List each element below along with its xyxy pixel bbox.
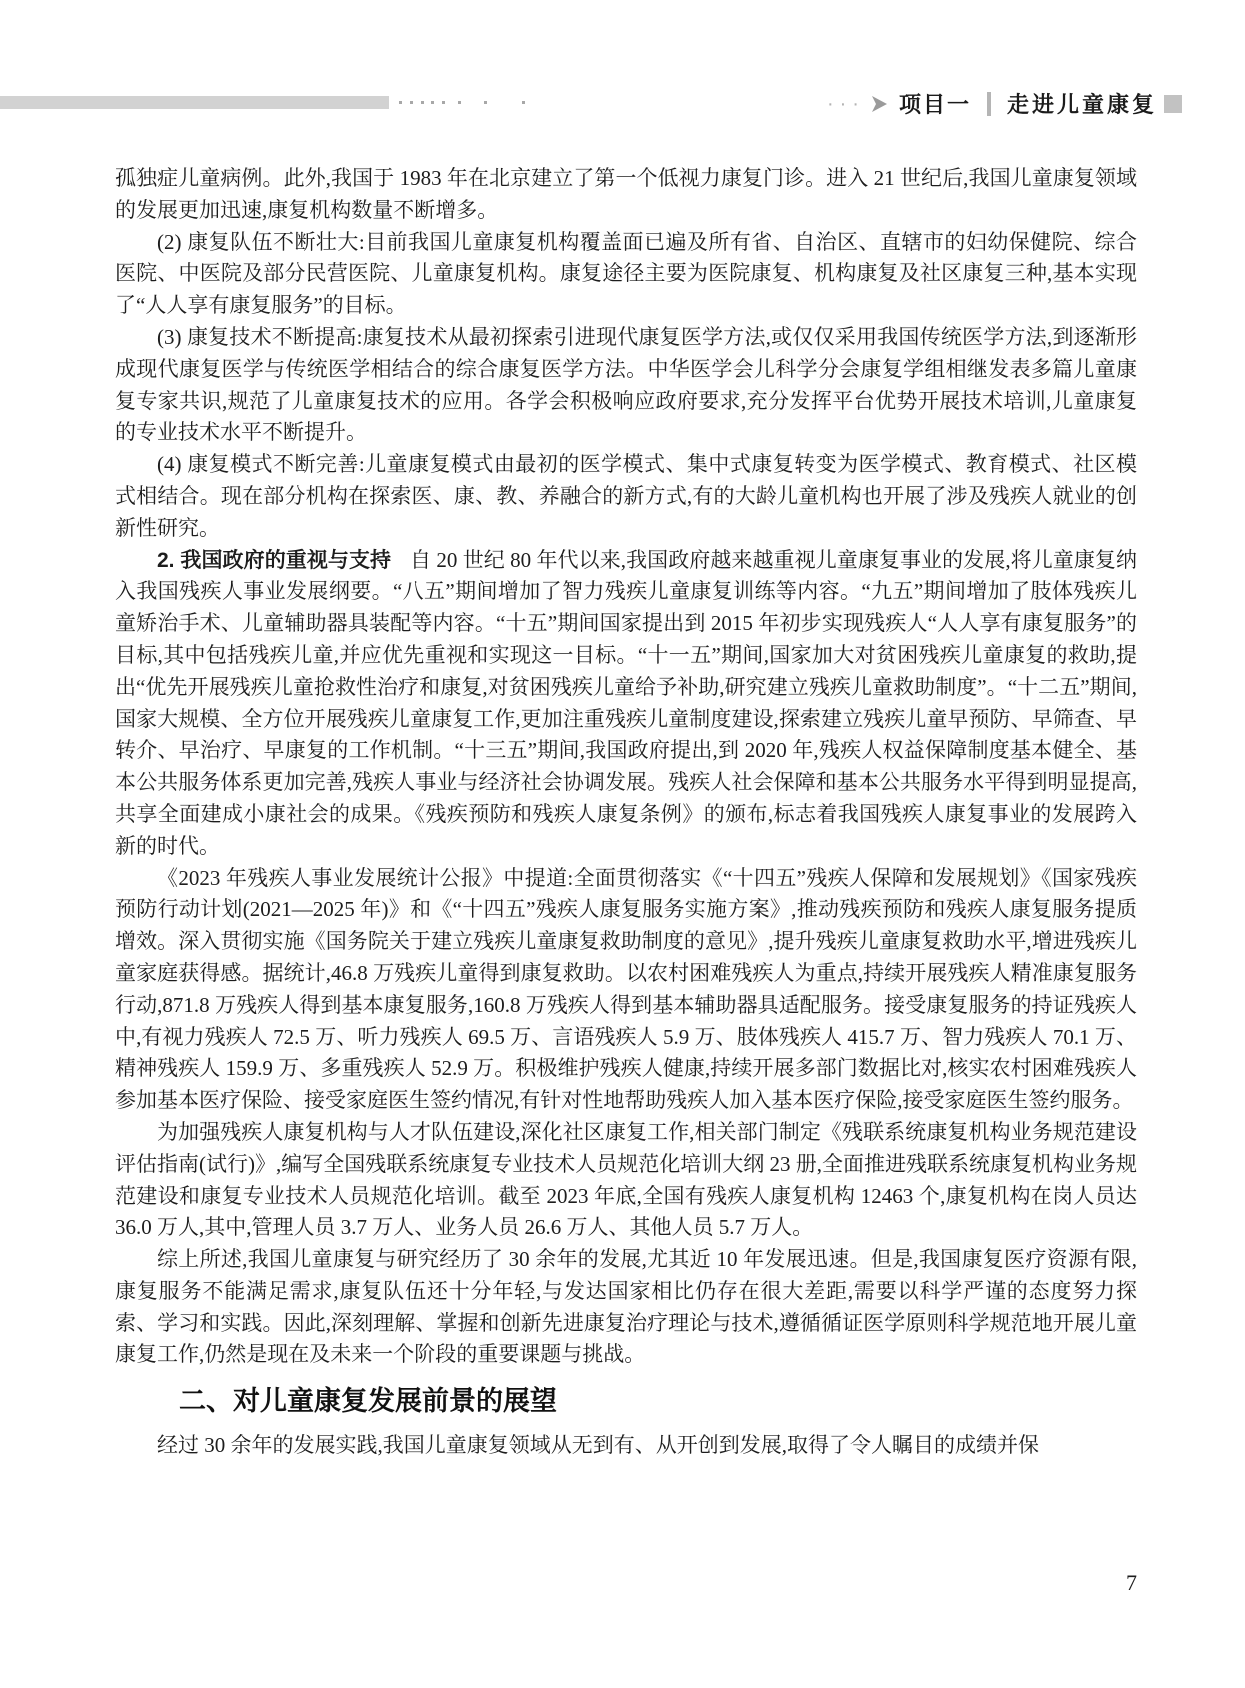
dot-icon [421, 101, 424, 104]
paragraph: 《2023 年残疾人事业发展统计公报》中提道:全面贯彻落实《“十四五”残疾人保障… [115, 863, 1137, 1117]
paragraph: 为加强残疾人康复机构与人才队伍建设,深化社区康复工作,相关部门制定《残联系统康复… [115, 1117, 1137, 1244]
dot-icon [442, 101, 445, 104]
chapter-title: 走进儿童康复 [1007, 88, 1157, 119]
dot-icon [431, 101, 434, 104]
dot-icon [458, 101, 461, 104]
paragraph: (3) 康复技术不断提高:康复技术从最初探索引进现代康复医学方法,或仅仅采用我国… [115, 322, 1137, 449]
paragraph: (2) 康复队伍不断壮大:目前我国儿童康复机构覆盖面已遍及所有省、自治区、直辖市… [115, 227, 1137, 322]
paragraph: (4) 康复模式不断完善:儿童康复模式由最初的医学模式、集中式康复转变为医学模式… [115, 449, 1137, 544]
document-page: ··· 项目一 走进儿童康复 孤独症儿童病例。此外,我国于 1983 年在北京建… [0, 0, 1245, 1688]
page-number: 7 [1126, 1570, 1137, 1596]
running-header: ··· 项目一 走进儿童康复 [827, 88, 1182, 119]
paragraph: 孤独症儿童病例。此外,我国于 1983 年在北京建立了第一个低视力康复门诊。进入… [115, 163, 1137, 227]
header-rule-bar [0, 96, 389, 109]
ellipsis-dots: ··· [827, 93, 865, 115]
paragraph: 2. 我国政府的重视与支持自 20 世纪 80 年代以来,我国政府越来越重视儿童… [115, 545, 1137, 863]
page-body: 孤独症儿童病例。此外,我国于 1983 年在北京建立了第一个低视力康复门诊。进入… [115, 163, 1137, 1462]
paragraph: 经过 30 余年的发展实践,我国儿童康复领域从无到有、从开创到发展,取得了令人瞩… [115, 1430, 1137, 1462]
header-dotted-rule [399, 101, 525, 105]
dot-icon [522, 101, 525, 104]
paragraph-text: 自 20 世纪 80 年代以来,我国政府越来越重视儿童康复事业的发展,将儿童康复… [115, 548, 1137, 858]
chapter-label: 项目一 [899, 88, 971, 119]
dot-icon [410, 101, 413, 104]
paragraph: 综上所述,我国儿童康复与研究经历了 30 余年的发展,尤其近 10 年发展迅速。… [115, 1244, 1137, 1371]
section-heading: 二、对儿童康复发展前景的展望 [179, 1385, 1137, 1417]
dot-icon [484, 101, 487, 104]
header-divider [987, 92, 991, 116]
header-square-icon [1164, 95, 1182, 113]
inline-heading: 2. 我国政府的重视与支持 [157, 549, 391, 572]
arrow-right-icon [869, 94, 889, 114]
dot-icon [399, 101, 402, 104]
